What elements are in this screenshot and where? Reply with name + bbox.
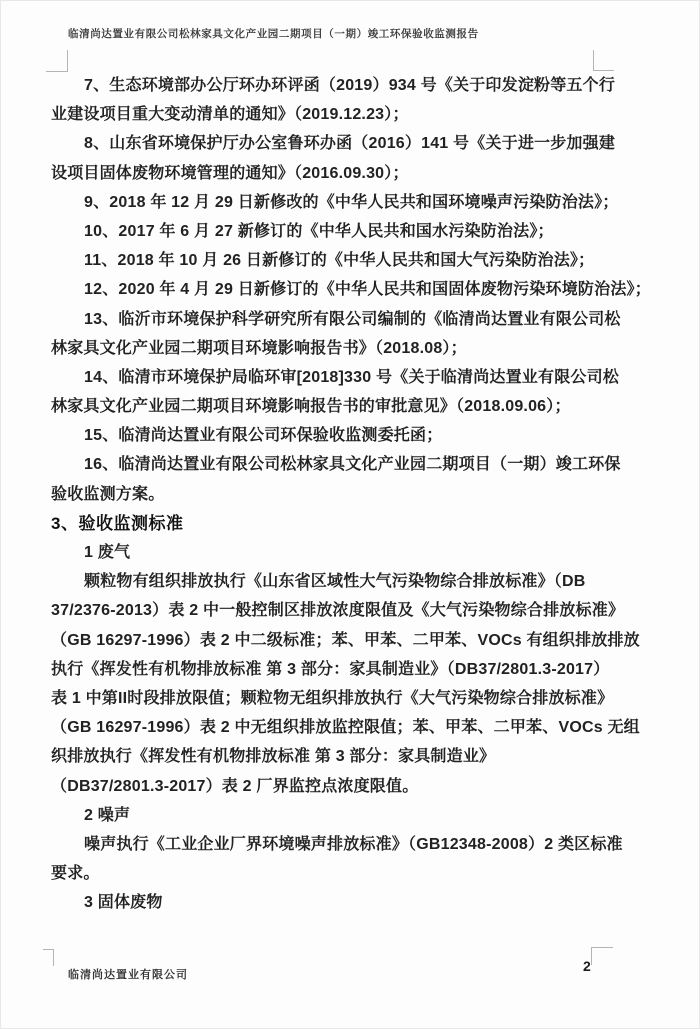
text-line: （GB 16297-1996）表 2 中无组织排放监控限值；苯、甲苯、二甲苯、V… bbox=[51, 713, 655, 742]
page-number: 2 bbox=[583, 958, 591, 974]
text-line: 1 废气 bbox=[51, 538, 655, 567]
text-line: 噪声执行《工业企业厂界环境噪声排放标准》（GB12348-2008）2 类区标准 bbox=[51, 830, 655, 859]
text-line: 要求。 bbox=[51, 859, 655, 888]
section-heading: 3、验收监测标准 bbox=[51, 509, 655, 538]
text-line: （DB37/2801.3-2017）表 2 厂界监控点浓度限值。 bbox=[51, 772, 655, 801]
text-line: 12、2020 年 4 月 29 日新修订的《中华人民共和国固体废物污染环境防治… bbox=[51, 275, 655, 304]
text-line: 7、生态环境部办公厅环办环评函（2019）934 号《关于印发淀粉等五个行 bbox=[51, 71, 655, 100]
text-line: 16、临清尚达置业有限公司松林家具文化产业园二期项目（一期）竣工环保 bbox=[51, 450, 655, 479]
text-line: 15、临清尚达置业有限公司环保验收监测委托函； bbox=[51, 421, 655, 450]
text-boundary-mark-bottom-left bbox=[43, 949, 54, 966]
text-line: 3 固体废物 bbox=[51, 888, 655, 917]
text-line: 织排放执行《挥发性有机物排放标准 第 3 部分：家具制造业》 bbox=[51, 742, 655, 771]
text-line: 表 1 中第II时段排放限值；颗粒物无组织排放执行《大气污染物综合排放标准》 bbox=[51, 684, 655, 713]
text-boundary-mark-top-left bbox=[46, 50, 68, 72]
text-line: （GB 16297-1996）表 2 中二级标准；苯、甲苯、二甲苯、VOCs 有… bbox=[51, 626, 655, 655]
text-line: 颗粒物有组织排放执行《山东省区域性大气污染物综合排放标准》（DB bbox=[51, 567, 655, 596]
text-line: 37/2376-2013）表 2 中一般控制区排放浓度限值及《大气污染物综合排放… bbox=[51, 596, 655, 625]
text-line: 11、2018 年 10 月 26 日新修订的《中华人民共和国大气污染防治法》； bbox=[51, 246, 655, 275]
text-line: 设项目固体废物环境管理的通知》（2016.09.30）； bbox=[51, 159, 655, 188]
text-boundary-mark-top-right bbox=[593, 50, 614, 71]
document-page: 临清尚达置业有限公司松林家具文化产业园二期项目（一期）竣工环保验收监测报告 7、… bbox=[0, 0, 700, 1029]
text-line: 业建设项目重大变动清单的通知》（2019.12.23）； bbox=[51, 100, 655, 129]
footer-company-name: 临清尚达置业有限公司 bbox=[68, 966, 188, 982]
text-line: 10、2017 年 6 月 27 新修订的《中华人民共和国水污染防治法》； bbox=[51, 217, 655, 246]
text-line: 林家具文化产业园二期项目环境影响报告书》（2018.08）； bbox=[51, 334, 655, 363]
text-line: 执行《挥发性有机物排放标准 第 3 部分：家具制造业》（DB37/2801.3-… bbox=[51, 655, 655, 684]
text-boundary-mark-bottom-right bbox=[591, 947, 613, 965]
text-line: 9、2018 年 12 月 29 日新修改的《中华人民共和国环境噪声污染防治法》… bbox=[51, 188, 655, 217]
text-line: 林家具文化产业园二期项目环境影响报告书的审批意见》（2018.09.06）； bbox=[51, 392, 655, 421]
text-line: 8、山东省环境保护厅办公室鲁环办函（2016）141 号《关于进一步加强建 bbox=[51, 129, 655, 158]
text-line: 13、临沂市环境保护科学研究所有限公司编制的《临清尚达置业有限公司松 bbox=[51, 305, 655, 334]
text-line: 验收监测方案。 bbox=[51, 480, 655, 509]
text-line: 14、临清市环境保护局临环审[2018]330 号《关于临清尚达置业有限公司松 bbox=[51, 363, 655, 392]
document-lines: 7、生态环境部办公厅环办环评函（2019）934 号《关于印发淀粉等五个行业建设… bbox=[51, 71, 655, 917]
text-line: 2 噪声 bbox=[51, 801, 655, 830]
page-header-title: 临清尚达置业有限公司松林家具文化产业园二期项目（一期）竣工环保验收监测报告 bbox=[68, 26, 548, 41]
